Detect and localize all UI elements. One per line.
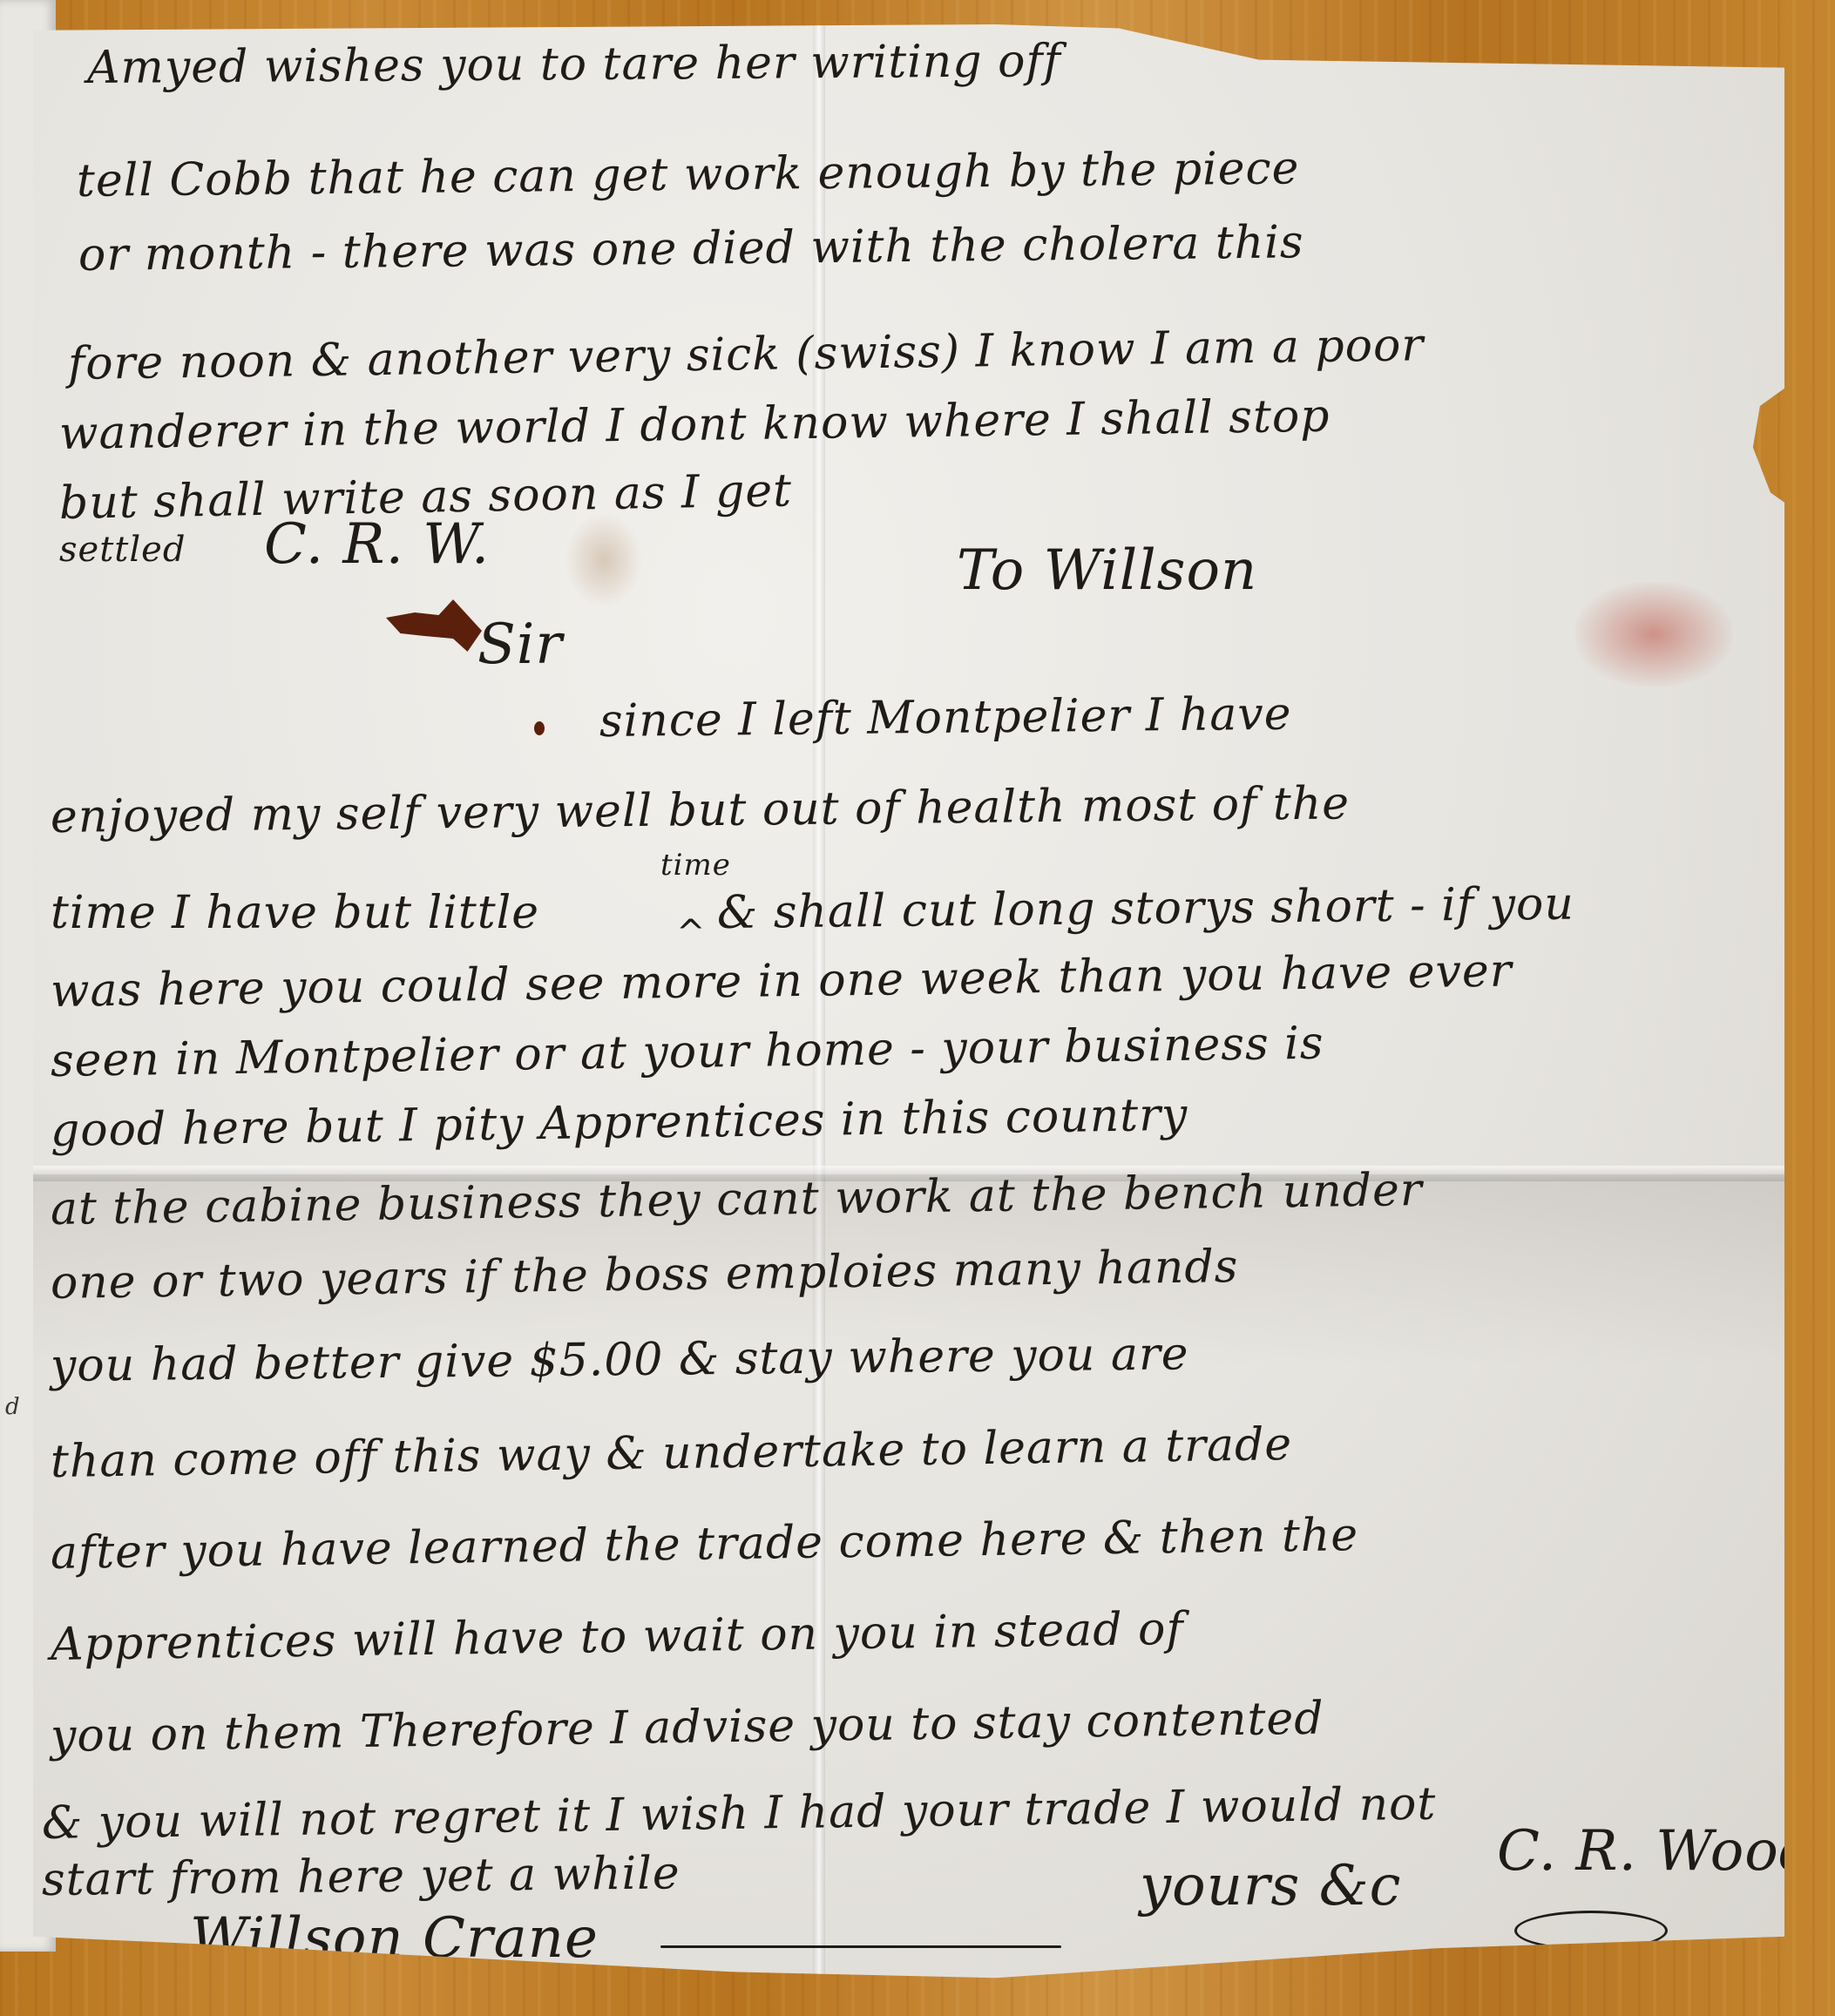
body-line: time I have but little	[51, 887, 539, 939]
body-line: good here but I pity Apprentices in this…	[51, 1089, 1188, 1157]
postscript-line: or month - there was one died with the c…	[78, 216, 1304, 281]
postscript-line: settled	[59, 530, 186, 570]
addressee-heading: To Willson	[957, 538, 1257, 603]
letter-sheet: Amyed wishes you to tare her writing off…	[33, 24, 1784, 1992]
body-line: you had better give $5.00 & stay where y…	[51, 1328, 1189, 1392]
red-wax-seal-stain	[1575, 582, 1732, 687]
body-line: & you will not regret it I wish I had yo…	[42, 1778, 1437, 1850]
body-line: after you have learned the trade come he…	[51, 1509, 1359, 1580]
recipient-name-underline	[660, 1945, 1061, 1948]
insertion-caret: ^	[676, 913, 706, 953]
vertical-fold-crease	[813, 24, 825, 1992]
body-line: Apprentices will have to wait on you in …	[51, 1603, 1184, 1671]
signature: C. R. Wood	[1497, 1819, 1816, 1884]
body-line: was here you could see more in one week …	[51, 945, 1513, 1018]
insertion-text: time	[660, 848, 731, 883]
postscript-line: Amyed wishes you to tare her writing off	[87, 35, 1061, 94]
body-line: than come off this way & undertake to le…	[51, 1418, 1293, 1488]
body-line: start from here yet a while	[42, 1847, 681, 1906]
body-line: enjoyed my self very well but out of hea…	[51, 777, 1351, 843]
brown-stain	[565, 512, 643, 608]
body-line: since I left Montpelier I have	[599, 688, 1292, 748]
postscript-line: wanderer in the world I dont know where …	[59, 390, 1331, 460]
paper-tear-hole	[386, 599, 482, 652]
postscript-line: tell Cobb that he can get work enough by…	[77, 142, 1300, 207]
body-line: & shall cut long storys short - if you	[717, 878, 1574, 939]
salutation: Sir	[477, 612, 563, 677]
closing: yours &c	[1140, 1854, 1402, 1918]
left-page-fragment: d	[5, 1394, 20, 1420]
body-line: you on them Therefore I advise you to st…	[51, 1693, 1324, 1762]
body-line: seen in Montpelier or at your home - you…	[51, 1018, 1324, 1087]
postscript-line: fore noon & another very sick (swiss) I …	[68, 319, 1425, 390]
paper-hole-dot	[534, 721, 545, 735]
postscript-initials: C. R. W.	[264, 512, 490, 577]
